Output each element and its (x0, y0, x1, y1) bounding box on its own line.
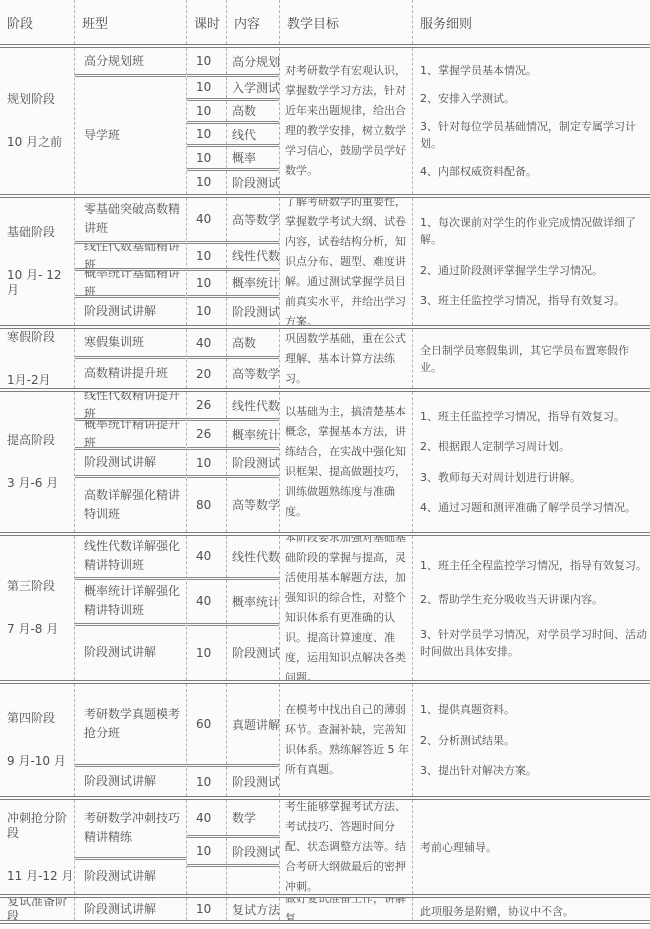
section-row-3: 寒假阶段1月-2月寒假集训班高数精讲提升班40高数20高等数学巩固数学基础，重在… (0, 329, 650, 392)
service-item: 1、班主任全程监控学习情况，指导有效复习。 (420, 557, 647, 574)
content-cell: 概率 (227, 147, 279, 167)
course-row: 10阶段测试 (187, 298, 279, 325)
class-label: 考研数学真题模考抢分班 (84, 705, 180, 743)
goal-text: 巩固数学基础，重在公式理解、基本计算方法练习。 (285, 329, 410, 388)
stage-label: 提高阶段 (7, 433, 74, 448)
class-cell: 阶段测试讲解 (75, 626, 186, 680)
content-cell: 阶段测试 (227, 171, 279, 194)
class-column: 考研数学冲刺技巧精讲精练阶段测试讲解 (75, 800, 187, 894)
content-cell: 高分规划 (227, 48, 279, 74)
content-cell: 线性代数 (227, 392, 279, 418)
course-row: 80高等数学 (187, 478, 279, 532)
course-row: 10阶段测试 (187, 626, 279, 680)
course-row: 40概率统计 (187, 580, 279, 626)
class-label: 阶段测试讲解 (84, 302, 156, 321)
goal-text: 以基础为主，搞清楚基本概念，掌握基本方法，讲练结合，在实战中强化知识框架、提高做… (285, 402, 410, 522)
class-label: 阶段测试讲解 (84, 772, 156, 791)
service-item: 3、针对每位学员基础情况，制定专属学习计划。 (420, 118, 647, 152)
service-item: 4、通过习题和测评准确了解学员学习情况。 (420, 499, 647, 516)
service-cell: 1、掌握学员基本情况。2、安排入学测试。3、针对每位学员基础情况，制定专属学习计… (413, 48, 650, 194)
hours-cell: 10 (187, 838, 227, 864)
goal-text: 对考研数学有宏观认识，掌握数学学习方法，针对近年来出题规律，给出合理的教学安排，… (285, 61, 410, 181)
stage-label: 3 月-6 月 (7, 476, 74, 491)
course-row: 10阶段测试 (187, 838, 279, 867)
hours-cell: 40 (187, 198, 227, 241)
hours-cell: 40 (187, 580, 227, 623)
class-label: 考研数学冲刺技巧精讲精练 (84, 809, 180, 847)
content-cell: 入学测试 (227, 77, 279, 97)
goal-cell: 了解考研数学的重要性，掌握数学考试大纲、试卷内容，试卷结构分析，知识点分布、题型… (280, 198, 413, 325)
section-row-4: 提高阶段3 月-6 月线性代数精讲提升班概率统计精讲提升班阶段测试讲解高数详解强… (0, 392, 650, 536)
stage-label: 1月-2月 (7, 373, 74, 388)
class-cell: 导学班 (75, 77, 186, 194)
course-row: 40数学 (187, 800, 279, 838)
class-cell: 高分规划班 (75, 48, 186, 77)
content-cell: 高数 (227, 329, 279, 356)
class-cell: 线性代数基础精讲班 (75, 244, 186, 271)
class-column: 考研数学真题模考抢分班阶段测试讲解 (75, 684, 187, 796)
stage-label: 第四阶段 (7, 711, 74, 726)
course-rows: 10高分规划10入学测试10高数10线代10概率10阶段测试 (187, 48, 280, 194)
section-row-2: 基础阶段10 月- 12 月零基础突破高数精讲班线性代数基础精讲班概率统计基础精… (0, 198, 650, 329)
class-label: 阶段测试讲解 (84, 643, 156, 662)
goal-cell: 本阶段要求加强对基础基础阶段的掌握与提高，灵活使用基本解题方法，加强知识的综合性… (280, 536, 413, 680)
class-label: 阶段测试讲解 (84, 900, 156, 919)
service-cell: 考前心理辅导。 (413, 800, 650, 894)
class-label: 阶段测试讲解 (84, 867, 156, 886)
hours-cell: 60 (187, 684, 227, 764)
class-cell: 概率统计精讲提升班 (75, 421, 186, 450)
stage-cell: 提高阶段3 月-6 月 (0, 392, 75, 532)
stage-cell: 第三阶段7 月-8 月 (0, 536, 75, 680)
course-row: 10线性代数 (187, 244, 279, 271)
stage-label: 复试准备阶段 (7, 898, 74, 920)
course-rows: 60真题讲解10阶段测试 (187, 684, 280, 796)
service-item: 2、根据跟人定制学习周计划。 (420, 438, 647, 455)
service-item: 4、内部权威资料配备。 (420, 163, 647, 180)
class-cell: 阶段测试讲解 (75, 298, 186, 325)
content-cell: 线性代数 (227, 244, 279, 268)
course-row: 40线性代数 (187, 536, 279, 580)
class-column: 寒假集训班高数精讲提升班 (75, 329, 187, 388)
service-item: 1、掌握学员基本情况。 (420, 62, 647, 79)
content-cell: 线性代数 (227, 536, 279, 577)
hours-cell: 80 (187, 478, 227, 532)
course-row: 10概率 (187, 147, 279, 170)
course-row: 10阶段测试 (187, 171, 279, 194)
stage-cell: 冲刺抢分阶段11 月-12 月 (0, 800, 75, 894)
hours-cell (187, 867, 227, 894)
goal-text: 了解考研数学的重要性，掌握数学考试大纲、试卷内容，试卷结构分析，知识点分布、题型… (285, 198, 410, 325)
content-cell: 阶段测试 (227, 626, 279, 680)
service-item: 2、安排入学测试。 (420, 90, 647, 107)
course-rows: 40高数20高等数学 (187, 329, 280, 388)
table-body: 规划阶段10 月之前高分规划班导学班10高分规划10入学测试10高数10线代10… (0, 48, 650, 924)
hours-cell: 10 (187, 450, 227, 474)
course-row: 10高数 (187, 101, 279, 124)
content-cell: 概率统计 (227, 271, 279, 295)
header-content: 内容 (227, 0, 280, 44)
content-cell: 概率统计 (227, 421, 279, 447)
content-cell: 阶段测试 (227, 838, 279, 864)
course-row: 10复试方法 (187, 898, 279, 920)
class-cell: 考研数学冲刺技巧精讲精练 (75, 800, 186, 860)
stage-cell: 复试准备阶段 (0, 898, 75, 920)
class-cell: 阶段测试讲解 (75, 860, 186, 894)
service-item: 3、提出针对解决方案。 (420, 762, 647, 779)
goal-cell: 以基础为主，搞清楚基本概念，掌握基本方法，讲练结合，在实战中强化知识框架、提高做… (280, 392, 413, 532)
content-cell: 阶段测试 (227, 767, 279, 796)
stage-label: 基础阶段 (7, 225, 74, 240)
service-item: 1、班主任监控学习情况，指导有效复习。 (420, 408, 647, 425)
class-cell: 阶段测试讲解 (75, 767, 186, 796)
content-cell: 概率统计 (227, 580, 279, 623)
hours-cell: 10 (187, 298, 227, 325)
class-column: 高分规划班导学班 (75, 48, 187, 194)
class-label: 阶段测试讲解 (84, 453, 156, 472)
class-column: 阶段测试讲解 (75, 898, 187, 920)
hours-cell: 40 (187, 800, 227, 835)
content-cell: 真题讲解 (227, 684, 279, 764)
hours-cell: 10 (187, 271, 227, 295)
service-cell: 此项服务是附赠，协议中不含。 (413, 898, 650, 920)
service-item: 此项服务是附赠，协议中不含。 (420, 903, 647, 920)
stage-label: 9 月-10 月 (7, 754, 74, 769)
class-label: 线性代数详解强化精讲特训班 (84, 537, 180, 575)
course-row: 20高等数学 (187, 359, 279, 388)
service-item: 1、每次课前对学生的作业完成情况做详细了解。 (420, 214, 647, 248)
service-item: 3、班主任监控学习情况，指导有效复习。 (420, 292, 647, 309)
class-column: 线性代数详解强化精讲特训班概率统计详解强化精讲特训班阶段测试讲解 (75, 536, 187, 680)
service-item: 2、通过阶段测评掌握学生学习情况。 (420, 262, 647, 279)
course-rows: 40数学10阶段测试 (187, 800, 280, 894)
class-label: 寒假集训班 (84, 333, 144, 352)
class-column: 零基础突破高数精讲班线性代数基础精讲班概率统计基础精讲班阶段测试讲解 (75, 198, 187, 325)
stage-cell: 第四阶段9 月-10 月 (0, 684, 75, 796)
course-rows: 40线性代数40概率统计10阶段测试 (187, 536, 280, 680)
service-cell: 1、提供真题资料。2、分析测试结果。3、提出针对解决方案。 (413, 684, 650, 796)
course-rows: 40高等数学10线性代数10概率统计10阶段测试 (187, 198, 280, 325)
service-cell: 1、班主任监控学习情况，指导有效复习。2、根据跟人定制学习周计划。3、教师每天对… (413, 392, 650, 532)
class-label: 导学班 (84, 126, 120, 145)
class-label: 高数精讲提升班 (84, 364, 168, 383)
class-label: 零基础突破高数精讲班 (84, 200, 180, 238)
course-row: 10概率统计 (187, 271, 279, 298)
stage-label: 第三阶段 (7, 579, 74, 594)
class-label: 概率统计精讲提升班 (84, 421, 180, 450)
table-header: 阶段 班型 课时 内容 教学目标 服务细则 (0, 0, 650, 48)
content-cell: 高等数学 (227, 359, 279, 388)
course-row (187, 867, 279, 894)
class-cell: 考研数学真题模考抢分班 (75, 684, 186, 767)
service-item: 考前心理辅导。 (420, 839, 647, 856)
section-row-8: 复试准备阶段阶段测试讲解10复试方法做好复试准备工作，讲解复此项服务是附赠，协议… (0, 898, 650, 924)
hours-cell: 40 (187, 329, 227, 356)
class-label: 线性代数基础精讲班 (84, 244, 180, 271)
stage-label: 10 月- 12 月 (7, 268, 74, 298)
course-row: 40高数 (187, 329, 279, 359)
hours-cell: 10 (187, 147, 227, 167)
class-cell: 阶段测试讲解 (75, 450, 186, 477)
hours-cell: 10 (187, 77, 227, 97)
content-cell: 高数 (227, 101, 279, 121)
hours-cell: 10 (187, 171, 227, 194)
header-stage: 阶段 (0, 0, 75, 44)
hours-cell: 20 (187, 359, 227, 388)
stage-label: 10 月之前 (7, 135, 74, 150)
content-cell: 高等数学 (227, 198, 279, 241)
goal-text: 在模考中找出自己的薄弱环节。查漏补缺，完善知识体系。熟练解答近 5 年所有真题。 (285, 700, 410, 780)
course-schedule-table: 阶段 班型 课时 内容 教学目标 服务细则 规划阶段10 月之前高分规划班导学班… (0, 0, 650, 924)
course-row: 60真题讲解 (187, 684, 279, 767)
hours-cell: 10 (187, 898, 227, 920)
section-row-6: 第四阶段9 月-10 月考研数学真题模考抢分班阶段测试讲解60真题讲解10阶段测… (0, 684, 650, 800)
section-row-5: 第三阶段7 月-8 月线性代数详解强化精讲特训班概率统计详解强化精讲特训班阶段测… (0, 536, 650, 684)
class-label: 高数详解强化精讲特训班 (84, 486, 180, 524)
content-cell: 线代 (227, 124, 279, 144)
service-item: 2、分析测试结果。 (420, 732, 647, 749)
course-row: 26概率统计 (187, 421, 279, 450)
class-cell: 概率统计基础精讲班 (75, 271, 186, 298)
course-row: 26线性代数 (187, 392, 279, 421)
class-label: 线性代数精讲提升班 (84, 392, 180, 421)
class-column: 线性代数精讲提升班概率统计精讲提升班阶段测试讲解高数详解强化精讲特训班 (75, 392, 187, 532)
hours-cell: 40 (187, 536, 227, 577)
service-cell: 全日制学员寒假集训，其它学员布置寒假作业。 (413, 329, 650, 388)
course-row: 10线代 (187, 124, 279, 147)
service-item: 全日制学员寒假集训，其它学员布置寒假作业。 (420, 342, 647, 376)
class-cell: 线性代数详解强化精讲特训班 (75, 536, 186, 580)
goal-text: 做好复试准备工作，讲解复 (285, 898, 410, 920)
goal-text: 考生能够掌握考试方法、考试技巧、答题时间分配、状态调整方法等。结合考研大纲做最后… (285, 800, 410, 894)
class-cell: 零基础突破高数精讲班 (75, 198, 186, 244)
goal-cell: 做好复试准备工作，讲解复 (280, 898, 413, 920)
hours-cell: 10 (187, 767, 227, 796)
service-item: 1、提供真题资料。 (420, 701, 647, 718)
header-service: 服务细则 (413, 0, 650, 44)
content-cell: 阶段测试 (227, 298, 279, 325)
goal-cell: 在模考中找出自己的薄弱环节。查漏补缺，完善知识体系。熟练解答近 5 年所有真题。 (280, 684, 413, 796)
class-cell: 线性代数精讲提升班 (75, 392, 186, 421)
goal-cell: 巩固数学基础，重在公式理解、基本计算方法练习。 (280, 329, 413, 388)
header-class: 班型 (75, 0, 187, 44)
hours-cell: 26 (187, 421, 227, 447)
course-row: 40高等数学 (187, 198, 279, 244)
service-item: 2、帮助学生充分吸收当天讲课内容。 (420, 591, 647, 608)
class-label: 概率统计基础精讲班 (84, 271, 180, 298)
hours-cell: 10 (187, 48, 227, 74)
course-row: 10入学测试 (187, 77, 279, 100)
stage-label: 寒假阶段 (7, 330, 74, 345)
section-row-7: 冲刺抢分阶段11 月-12 月考研数学冲刺技巧精讲精练阶段测试讲解40数学10阶… (0, 800, 650, 898)
class-label: 高分规划班 (84, 52, 144, 71)
section-row-1: 规划阶段10 月之前高分规划班导学班10高分规划10入学测试10高数10线代10… (0, 48, 650, 198)
course-rows: 10复试方法 (187, 898, 280, 920)
stage-cell: 寒假阶段1月-2月 (0, 329, 75, 388)
class-cell: 寒假集训班 (75, 329, 186, 359)
content-cell: 高等数学 (227, 478, 279, 532)
course-row: 10高分规划 (187, 48, 279, 77)
class-cell: 概率统计详解强化精讲特训班 (75, 580, 186, 626)
stage-label: 7 月-8 月 (7, 622, 74, 637)
hours-cell: 10 (187, 101, 227, 121)
class-label: 概率统计详解强化精讲特训班 (84, 582, 180, 620)
stage-cell: 规划阶段10 月之前 (0, 48, 75, 194)
class-cell: 高数详解强化精讲特训班 (75, 478, 186, 532)
service-item: 3、教师每天对周计划进行讲解。 (420, 469, 647, 486)
stage-cell: 基础阶段10 月- 12 月 (0, 198, 75, 325)
content-cell (227, 867, 279, 894)
goal-cell: 考生能够掌握考试方法、考试技巧、答题时间分配、状态调整方法等。结合考研大纲做最后… (280, 800, 413, 894)
hours-cell: 10 (187, 244, 227, 268)
class-cell: 高数精讲提升班 (75, 359, 186, 388)
class-cell: 阶段测试讲解 (75, 898, 186, 920)
goal-cell: 对考研数学有宏观认识，掌握数学学习方法，针对近年来出题规律，给出合理的教学安排，… (280, 48, 413, 194)
hours-cell: 26 (187, 392, 227, 418)
stage-label: 11 月-12 月 (7, 869, 74, 884)
service-item: 3、针对学员学习情况，对学员学习时间、活动时间做出具体安排。 (420, 626, 647, 660)
course-rows: 26线性代数26概率统计10阶段测试80高等数学 (187, 392, 280, 532)
service-cell: 1、每次课前对学生的作业完成情况做详细了解。2、通过阶段测评掌握学生学习情况。3… (413, 198, 650, 325)
course-row: 10阶段测试 (187, 450, 279, 477)
hours-cell: 10 (187, 626, 227, 680)
stage-label: 规划阶段 (7, 92, 74, 107)
content-cell: 数学 (227, 800, 279, 835)
service-cell: 1、班主任全程监控学习情况，指导有效复习。2、帮助学生充分吸收当天讲课内容。3、… (413, 536, 650, 680)
hours-cell: 10 (187, 124, 227, 144)
course-row: 10阶段测试 (187, 767, 279, 796)
content-cell: 阶段测试 (227, 450, 279, 474)
content-cell: 复试方法 (227, 898, 279, 920)
header-hours: 课时 (187, 0, 227, 44)
header-goal: 教学目标 (280, 0, 413, 44)
stage-label: 冲刺抢分阶段 (7, 811, 74, 841)
goal-text: 本阶段要求加强对基础基础阶段的掌握与提高，灵活使用基本解题方法，加强知识的综合性… (285, 536, 410, 680)
